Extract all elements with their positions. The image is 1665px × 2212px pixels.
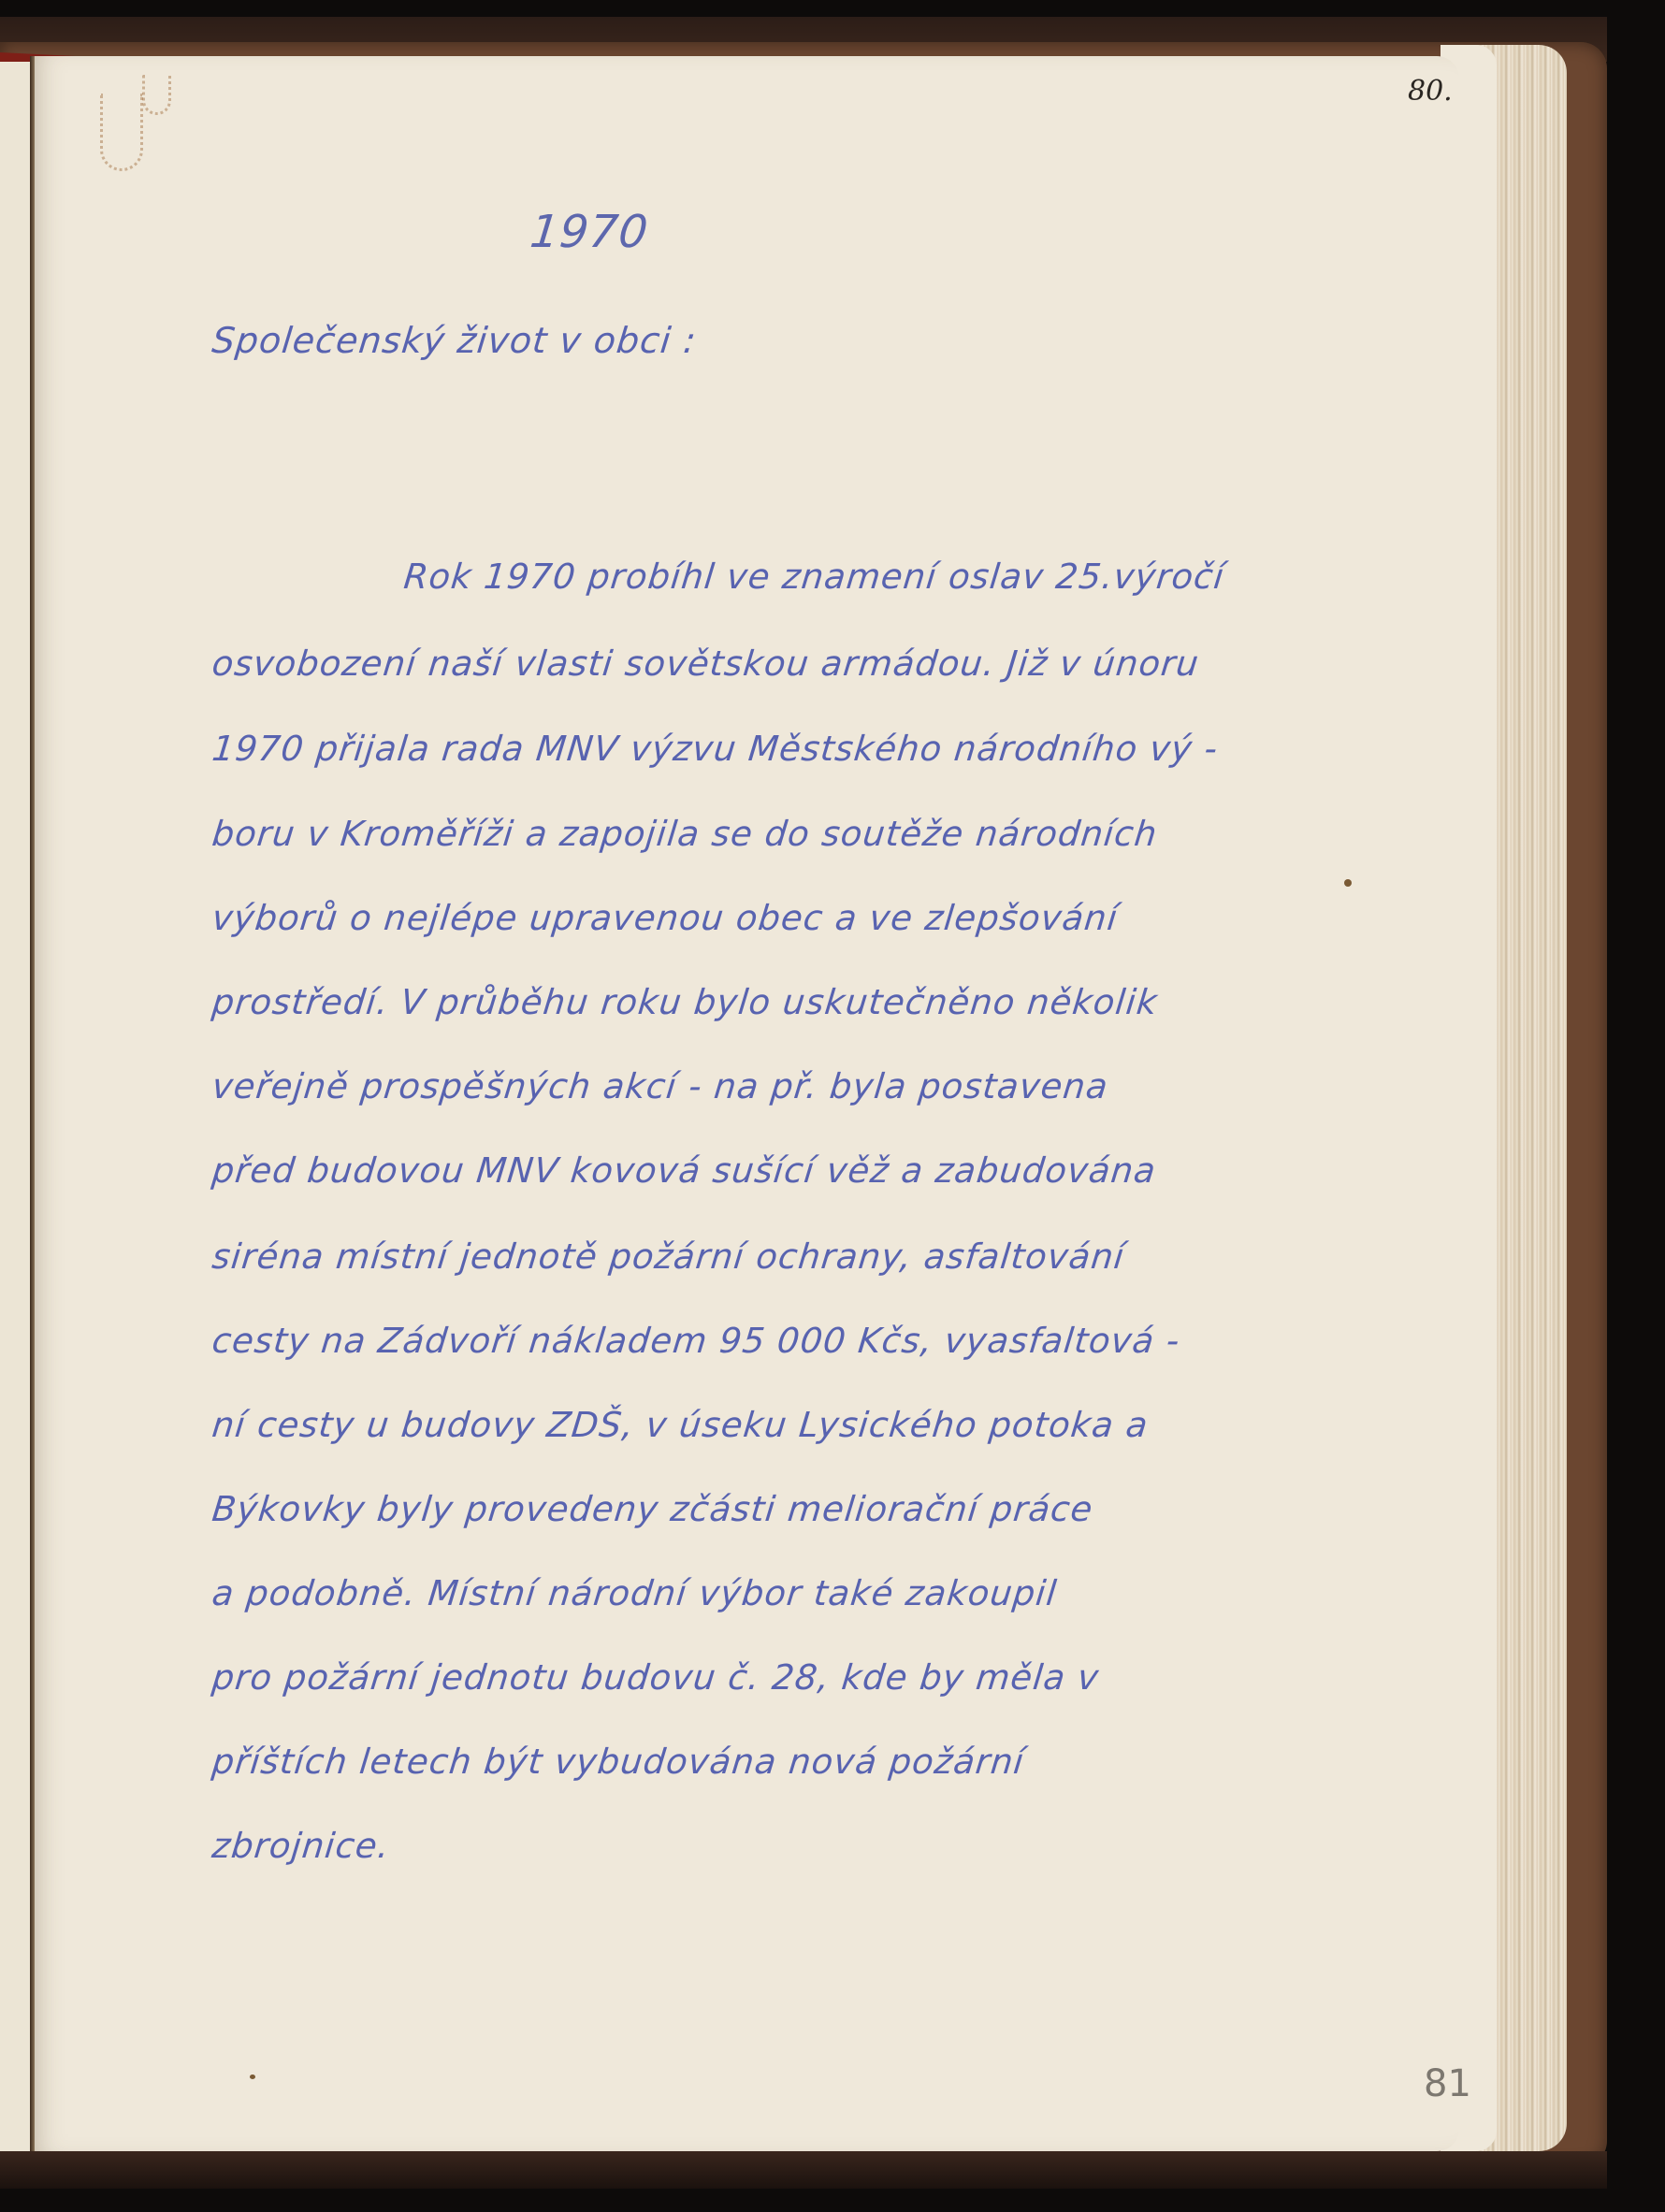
- text-line: siréna místní jednotě požární ochrany, a…: [210, 1236, 1127, 1277]
- page-number-top: 80.: [1408, 75, 1453, 108]
- text-line: veřejně prospěšných akcí - na př. byla p…: [210, 1066, 1110, 1106]
- text-line: zbrojnice.: [210, 1826, 392, 1866]
- text-line: osvobození naší vlasti sovětskou armádou…: [210, 643, 1201, 684]
- text-line: prostředí. V průběhu roku bylo uskutečně…: [210, 982, 1160, 1022]
- book-cover-bottom: [0, 2151, 1607, 2189]
- text-line: 1970 přijala rada MNV výzvu Městského ná…: [210, 729, 1221, 769]
- text-line: před budovou MNV kovová sušící věž a zab…: [210, 1150, 1158, 1191]
- page-number-pencil: 81: [1424, 2062, 1471, 2105]
- chronicle-page: 80. 1970 Společenský život v obci : Rok …: [35, 56, 1459, 2151]
- text-line: pro požární jednotu budovu č. 28, kde by…: [210, 1657, 1102, 1698]
- section-title: Společenský život v obci :: [210, 320, 699, 361]
- ink-spot: [1344, 879, 1352, 887]
- text-line: Rok 1970 probíhl ve znamení oslav 25.výr…: [402, 557, 1226, 597]
- text-line: boru v Kroměříži a zapojila se do soutěž…: [210, 814, 1160, 854]
- text-line: cesty na Zádvoří nákladem 95 000 Kčs, vy…: [210, 1321, 1182, 1361]
- text-line: příštích letech být vybudována nová požá…: [210, 1742, 1027, 1782]
- stain-mark: [142, 75, 171, 115]
- text-line: ní cesty u budovy ZDŠ, v úseku Lysického…: [210, 1405, 1151, 1445]
- year-heading: 1970: [528, 206, 651, 258]
- left-page-edge: [0, 56, 30, 2151]
- text-line: Býkovky byly provedeny zčásti meliorační…: [210, 1489, 1095, 1529]
- text-line: a podobně. Místní národní výbor také zak…: [210, 1573, 1060, 1613]
- stain-mark: [100, 94, 143, 171]
- text-line: výborů o nejlépe upravenou obec a ve zle…: [210, 898, 1121, 938]
- ink-spot: [250, 2075, 255, 2079]
